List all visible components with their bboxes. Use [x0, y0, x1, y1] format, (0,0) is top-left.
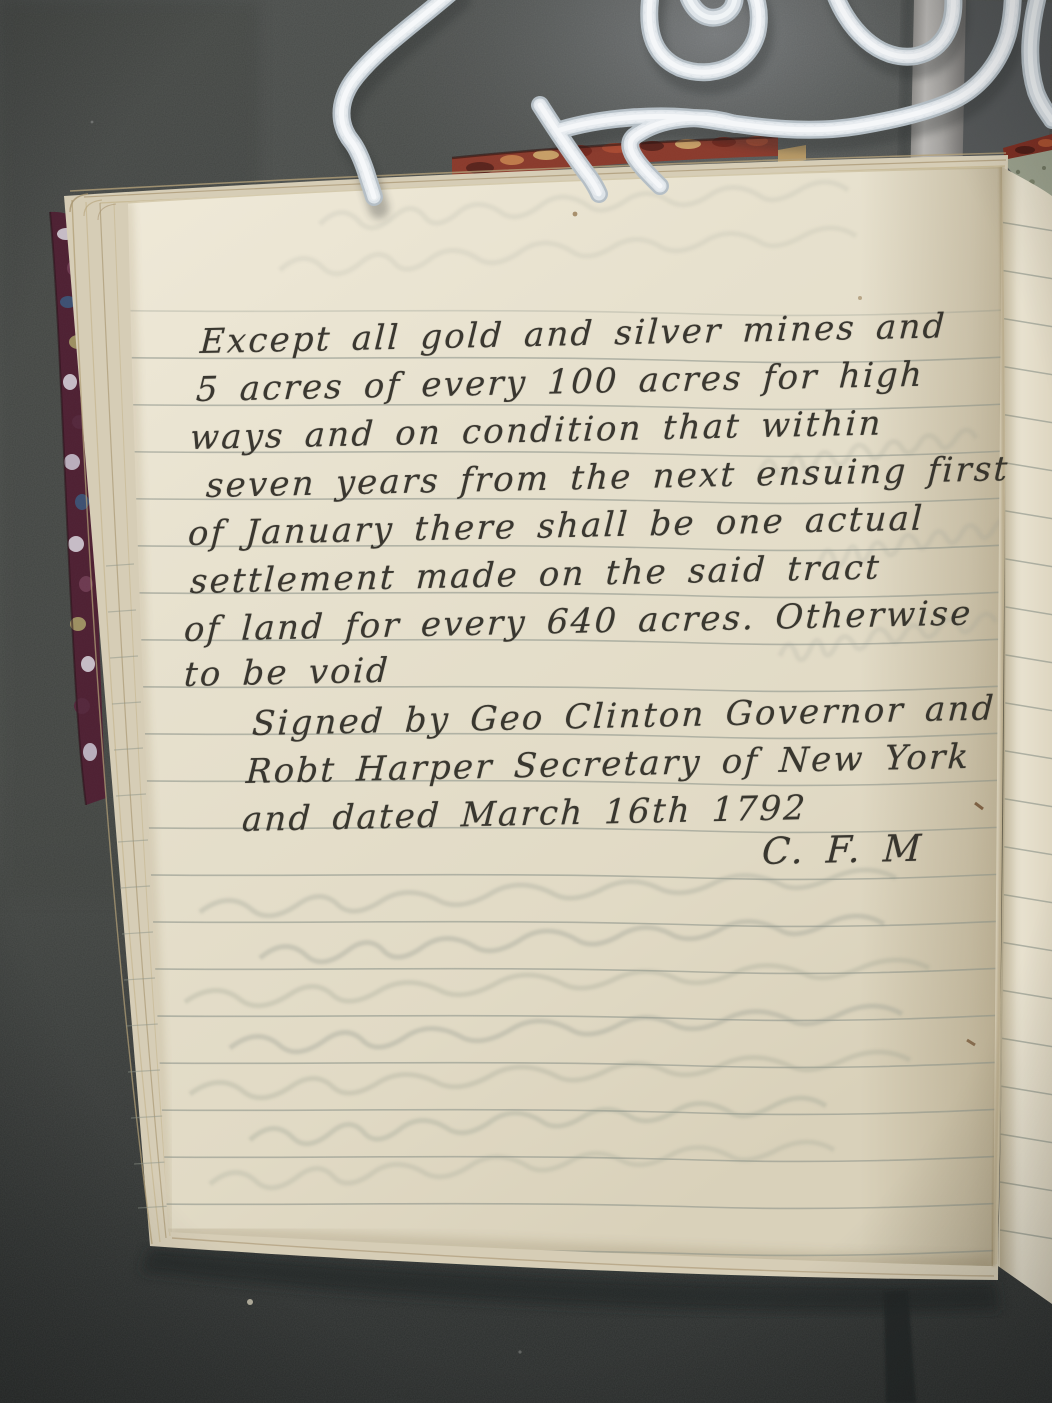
manuscript-line-4: seven years from the next ensuing first [205, 449, 1010, 506]
manuscript-line-10: Robt Harper Secretary of New York [245, 737, 971, 792]
manuscript-signature: C. F. M [761, 827, 924, 873]
manuscript-line-2: 5 acres of every 100 acres for high [195, 355, 925, 410]
photograph-open-notebook: Except all gold and silver mines and 5 a… [0, 0, 1052, 1403]
manuscript-line-7: of land for every 640 acres. Otherwise [183, 593, 974, 650]
manuscript-line-11: and dated March 16th 1792 [241, 788, 808, 840]
manuscript-line-5: of January there shall be one actual [187, 499, 925, 554]
manuscript-text: Except all gold and silver mines and 5 a… [0, 0, 1052, 1403]
manuscript-line-1: Except all gold and silver mines and [199, 306, 948, 362]
manuscript-line-6: settlement made on the said tract [189, 548, 882, 603]
manuscript-line-8: to be void [183, 651, 391, 695]
manuscript-line-3: ways and on condition that within [189, 403, 884, 458]
manuscript-line-9: Signed by Geo Clinton Governor and [251, 688, 997, 744]
